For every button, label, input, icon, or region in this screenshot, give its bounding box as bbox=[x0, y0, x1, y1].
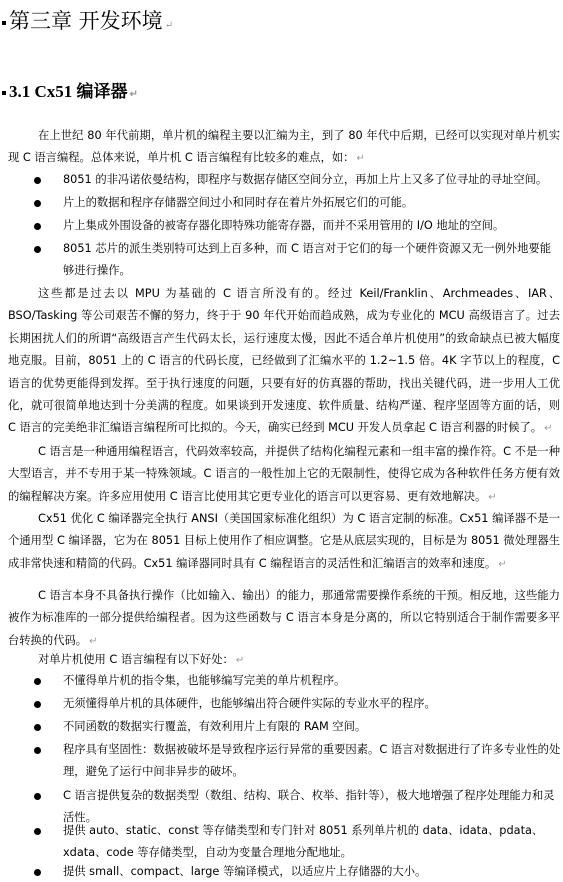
paragraph-mark-icon: ↵ bbox=[236, 655, 244, 666]
paragraph-c-language: C 语言是一种通用编程语言，代码效率较高，并提供了结构化编程元素和一组丰富的操作… bbox=[8, 441, 560, 509]
document-page: 第三章 开发环境↵ 3.1 Cx51 编译器↵ 在上世纪 80 年代前期，单片机… bbox=[0, 0, 563, 882]
chapter-title: 第三章 开发环境 bbox=[9, 9, 163, 33]
bullet-icon bbox=[34, 869, 41, 876]
section-title: 3.1 Cx51 编译器 bbox=[9, 82, 128, 101]
paragraph-benefits-intro: 对单片机使用 C 语言编程有以下好处：↵ bbox=[8, 649, 560, 672]
paragraph-stdlib: C 语言本身不具备执行操作（比如输入、输出）的能力，那通常需要操作系统的干预。相… bbox=[8, 585, 560, 653]
paragraph-mark-icon: ↵ bbox=[356, 153, 364, 164]
bullet-icon bbox=[34, 678, 41, 685]
paragraph-mark-icon: ↵ bbox=[130, 89, 138, 100]
bullet-icon bbox=[34, 200, 41, 207]
bullet-icon bbox=[34, 793, 41, 800]
bullet-icon bbox=[34, 701, 41, 708]
bullet-icon bbox=[34, 724, 41, 731]
heading-marker-icon bbox=[2, 21, 6, 25]
paragraph-intro: 在上世纪 80 年代前期，单片机的编程主要以汇编为主，到了 80 年代中后期，已… bbox=[8, 125, 560, 171]
paragraph-mark-icon: ↵ bbox=[89, 636, 97, 647]
paragraph-mark-icon: ↵ bbox=[498, 559, 506, 570]
bullet-icon bbox=[34, 246, 41, 253]
heading-marker-icon bbox=[2, 91, 6, 95]
bullet-icon bbox=[34, 828, 41, 835]
paragraph-history: 这些都是过去以 MPU 为基础的 C 语言所没有的。经过 Keil/Frankl… bbox=[8, 283, 560, 441]
bullet-icon bbox=[34, 747, 41, 754]
section-heading: 3.1 Cx51 编译器↵ bbox=[2, 81, 138, 106]
bullet-icon bbox=[34, 177, 41, 184]
paragraph-mark-icon: ↵ bbox=[544, 423, 552, 434]
paragraph-cx51: Cx51 优化 C 编译器完全执行 ANSI（美国国家标准化组织）为 C 语言定… bbox=[8, 508, 560, 576]
chapter-heading: 第三章 开发环境↵ bbox=[2, 8, 173, 39]
paragraph-mark-icon: ↵ bbox=[488, 492, 496, 503]
bullet-icon bbox=[34, 223, 41, 230]
paragraph-mark-icon: ↵ bbox=[165, 20, 173, 31]
